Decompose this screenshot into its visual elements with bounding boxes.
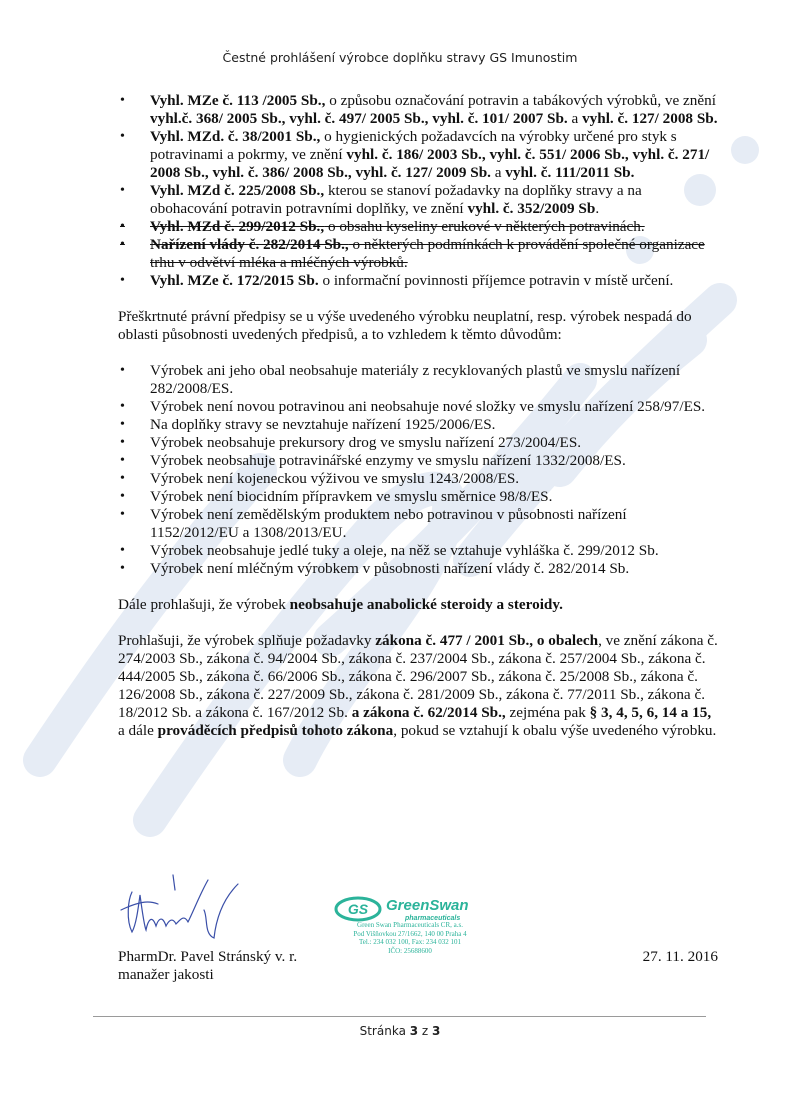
struck-explanation: Přeškrtnuté právní předpisy se u výše uv… [118, 308, 718, 344]
greenswan-logo-icon: GS GreenSwan pharmaceuticals [330, 895, 490, 923]
reasons-list: Výrobek ani jeho obal neobsahuje materiá… [120, 362, 718, 578]
signer-role: manažer jakosti [118, 966, 297, 984]
legislation-item: Vyhl. MZe č. 113 /2005 Sb., o způsobu oz… [120, 92, 718, 128]
packaging-statement: Prohlašuji, že výrobek splňuje požadavky… [118, 632, 718, 740]
stamp-line: IČO: 25688600 [330, 947, 490, 956]
stamp-address: Green Swan Pharmaceuticals CR, a.s.Pod V… [330, 921, 490, 955]
reason-item: Výrobek neobsahuje jedlé tuky a oleje, n… [120, 542, 718, 560]
reason-item: Výrobek neobsahuje potravinářské enzymy … [120, 452, 718, 470]
legislation-item-struck: Vyhl. MZd č. 299/2012 Sb., o obsahu kyse… [120, 218, 718, 236]
page-sep: z [418, 1024, 432, 1038]
reason-item: Na doplňky stravy se nevztahuje nařízení… [120, 416, 718, 434]
signature-block: PharmDr. Pavel Stránský v. r. manažer ja… [118, 870, 718, 990]
legislation-item: Vyhl. MZd č. 225/2008 Sb., kterou se sta… [120, 182, 718, 218]
reason-item: Výrobek není mléčným výrobkem v působnos… [120, 560, 718, 578]
page-total: 3 [432, 1024, 440, 1038]
signer-name: PharmDr. Pavel Stránský v. r. [118, 948, 297, 966]
page-label: Stránka [360, 1024, 410, 1038]
stamp-line: Pod Višňovkou 27/1662, 140 00 Praha 4 [330, 930, 490, 939]
signature-date: 27. 11. 2016 [643, 948, 718, 966]
reason-item: Výrobek není biocidním přípravkem ve smy… [120, 488, 718, 506]
legislation-item: Vyhl. MZd. č. 38/2001 Sb., o hygienickýc… [120, 128, 718, 182]
page-footer: Stránka 3 z 3 [0, 1024, 800, 1038]
footer-divider [93, 1016, 706, 1017]
svg-text:GS: GS [348, 901, 369, 917]
legislation-item-struck: Nařízení vlády č. 282/2014 Sb., o někter… [120, 236, 718, 272]
company-stamp: GS GreenSwan pharmaceuticals Green Swan … [330, 895, 490, 965]
legislation-list: Vyhl. MZe č. 113 /2005 Sb., o způsobu oz… [120, 92, 718, 290]
reason-item: Výrobek neobsahuje prekursory drog ve sm… [120, 434, 718, 452]
signer-info: PharmDr. Pavel Stránský v. r. manažer ja… [118, 948, 297, 984]
document-body: Vyhl. MZe č. 113 /2005 Sb., o způsobu oz… [118, 92, 718, 740]
handwritten-signature [118, 870, 248, 945]
page-header-title: Čestné prohlášení výrobce doplňku stravy… [0, 50, 800, 65]
page-current: 3 [410, 1024, 418, 1038]
svg-text:GreenSwan: GreenSwan [386, 897, 469, 914]
reason-item: Výrobek ani jeho obal neobsahuje materiá… [120, 362, 718, 398]
steroids-statement: Dále prohlašuji, že výrobek neobsahuje a… [118, 596, 718, 614]
stamp-line: Green Swan Pharmaceuticals CR, a.s. [330, 921, 490, 930]
stamp-line: Tel.: 234 032 100, Fax: 234 032 101 [330, 938, 490, 947]
reason-item: Výrobek není novou potravinou ani neobsa… [120, 398, 718, 416]
reason-item: Výrobek není kojeneckou výživou ve smysl… [120, 470, 718, 488]
reason-item: Výrobek není zemědělským produktem nebo … [120, 506, 718, 542]
legislation-item: Vyhl. MZe č. 172/2015 Sb. o informační p… [120, 272, 718, 290]
